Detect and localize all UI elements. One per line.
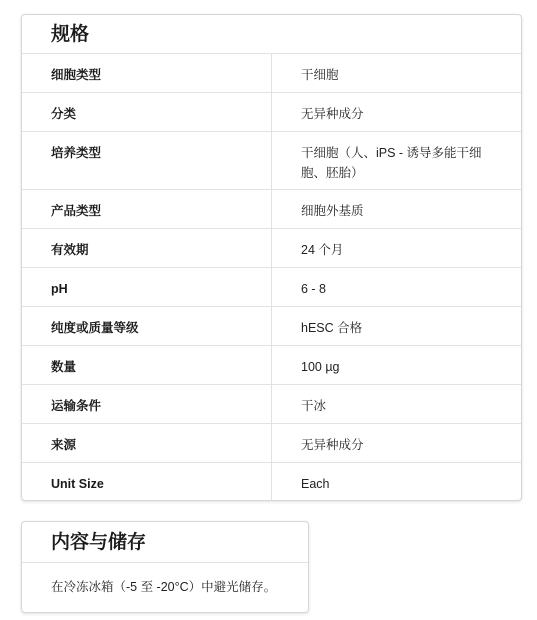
spec-label-unit-size: Unit Size: [22, 463, 272, 502]
table-row: 数量 100 µg: [22, 346, 521, 385]
spec-value-shipping-condition: 干冰: [272, 385, 522, 424]
specifications-card: 规格 细胞类型 干细胞 分类 无异种成分 培养类型 干细胞（人、iPS - 诱导…: [21, 14, 522, 501]
spec-value-quantity: 100 µg: [272, 346, 522, 385]
contents-storage-card: 内容与储存 在冷冻冰箱（-5 至 -20°C）中避光储存。: [21, 521, 309, 613]
spec-label-cell-type: 细胞类型: [22, 54, 272, 93]
table-row: 培养类型 干细胞（人、iPS - 诱导多能干细胞、胚胎）: [22, 132, 521, 190]
spec-label-purity-grade: 纯度或质量等级: [22, 307, 272, 346]
spec-label-shipping-condition: 运输条件: [22, 385, 272, 424]
spec-label-source: 来源: [22, 424, 272, 463]
table-row: Unit Size Each: [22, 463, 521, 502]
spec-value-culture-type: 干细胞（人、iPS - 诱导多能干细胞、胚胎）: [272, 132, 522, 190]
spec-label-culture-type: 培养类型: [22, 132, 272, 190]
spec-value-cell-type: 干细胞: [272, 54, 522, 93]
spec-value-product-type: 细胞外基质: [272, 190, 522, 229]
storage-instructions: 在冷冻冰箱（-5 至 -20°C）中避光储存。: [22, 563, 308, 595]
table-row: 分类 无异种成分: [22, 93, 521, 132]
table-row: 来源 无异种成分: [22, 424, 521, 463]
spec-value-classification: 无异种成分: [272, 93, 522, 132]
table-row: 运输条件 干冰: [22, 385, 521, 424]
spec-label-quantity: 数量: [22, 346, 272, 385]
table-row: pH 6 - 8: [22, 268, 521, 307]
table-row: 细胞类型 干细胞: [22, 54, 521, 93]
spec-value-source: 无异种成分: [272, 424, 522, 463]
spec-label-product-type: 产品类型: [22, 190, 272, 229]
specifications-title: 规格: [22, 15, 521, 54]
spec-value-ph: 6 - 8: [272, 268, 522, 307]
table-row: 有效期 24 个月: [22, 229, 521, 268]
spec-value-unit-size: Each: [272, 463, 522, 502]
contents-storage-title: 内容与储存: [22, 522, 308, 563]
spec-value-shelf-life: 24 个月: [272, 229, 522, 268]
table-row: 纯度或质量等级 hESC 合格: [22, 307, 521, 346]
specifications-table: 细胞类型 干细胞 分类 无异种成分 培养类型 干细胞（人、iPS - 诱导多能干…: [22, 54, 521, 501]
spec-label-ph: pH: [22, 268, 272, 307]
spec-value-purity-grade: hESC 合格: [272, 307, 522, 346]
spec-label-classification: 分类: [22, 93, 272, 132]
spec-label-shelf-life: 有效期: [22, 229, 272, 268]
table-row: 产品类型 细胞外基质: [22, 190, 521, 229]
